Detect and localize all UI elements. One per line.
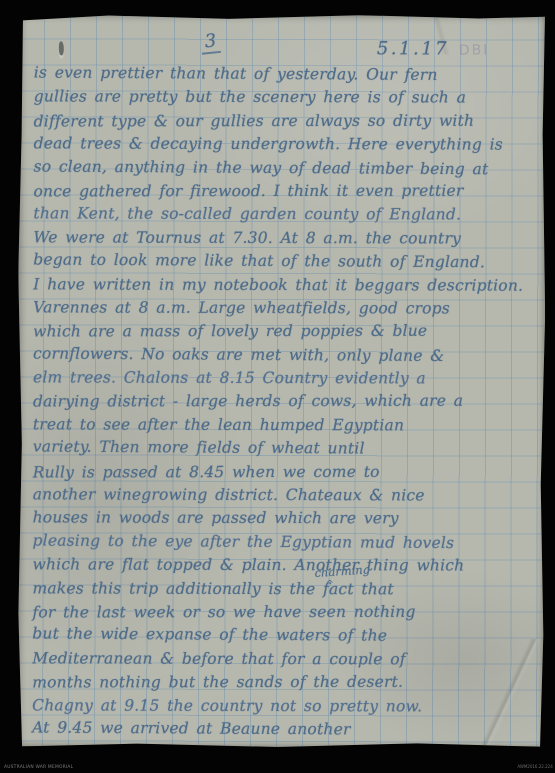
handwriting-line: months nothing but the sands of the dese… [32,671,534,695]
handwriting-line: houses in woods are passed which are ver… [33,507,535,532]
letter-page: 3 5.1.17 DBI is even prettier than that … [17,13,546,748]
handwriting-line: began to look more like that of the sout… [33,249,535,275]
handwriting-line: another winegrowing district. Chateaux &… [33,483,535,508]
page-number: 3 [200,30,222,55]
handwriting-line: I have written in my notebook that it be… [33,273,535,298]
handwriting-line: is even prettier than that of yesterday.… [34,61,536,87]
awm-watermark-left: AUSTRALIAN WAR MEMORIAL [4,764,73,769]
handwriting-line: different type & our gullies are always … [34,109,536,133]
handwriting-line: dead trees & decaying undergrowth. Here … [34,133,536,158]
handwriting-line: treat to see after the lean humped Egypt… [33,413,535,438]
handwriting-line: than Kent, the so-called garden county o… [33,203,535,228]
handwriting-line: dairying district - large herds of cows,… [33,390,535,414]
handwriting-line: Mediterranean & before that for a couple… [32,647,534,672]
paper-crease [396,14,486,54]
handwriting-line: elm trees. Chalons at 8.15 Country evide… [33,366,535,391]
handwriting-line: so clean, anything in the way of dead ti… [33,155,535,181]
handwriting-line: but the wide expanse of the waters of th… [32,623,534,649]
handwriting-line: makes this trip additionally is the fact… [32,577,534,602]
handwriting-line: pleasing to the eye after the Egyptian m… [33,529,535,555]
handwriting-line: We were at Tournus at 7.30. At 8 a.m. th… [33,226,535,251]
handwriting-line: At 9.45 we arrived at Beaune another [32,716,534,742]
handwriting-line: variety. Then more fields of wheat until [33,436,535,462]
awm-watermark-right: AWM2016.22.224 [518,765,553,770]
handwriting-line: once gathered for firewood. I think it e… [33,180,535,204]
handwriting-line: for the last week or so we have seen not… [32,601,534,625]
handwriting-line: which are flat topped & plain. Another t… [32,554,534,579]
handwriting-line: gullies are pretty but the scenery here … [34,86,536,111]
handwriting-line: cornflowers. No oaks are met with, only … [33,342,535,368]
handwriting-line: Varennes at 8 a.m. Large wheatfields, go… [33,296,535,321]
handwriting-line: Chagny at 9.15 the country not so pretty… [32,694,534,719]
scanner-background: 3 5.1.17 DBI is even prettier than that … [0,0,555,773]
handwriting-line: which are a mass of lovely red poppies &… [33,320,535,344]
handwriting-body: is even prettier than that of yesterday.… [32,62,536,742]
insertion-caret-mark: ^ [325,579,333,590]
ink-smudge [59,41,64,55]
handwriting-line: Rully is passed at 8.45 when we come to [33,460,535,484]
